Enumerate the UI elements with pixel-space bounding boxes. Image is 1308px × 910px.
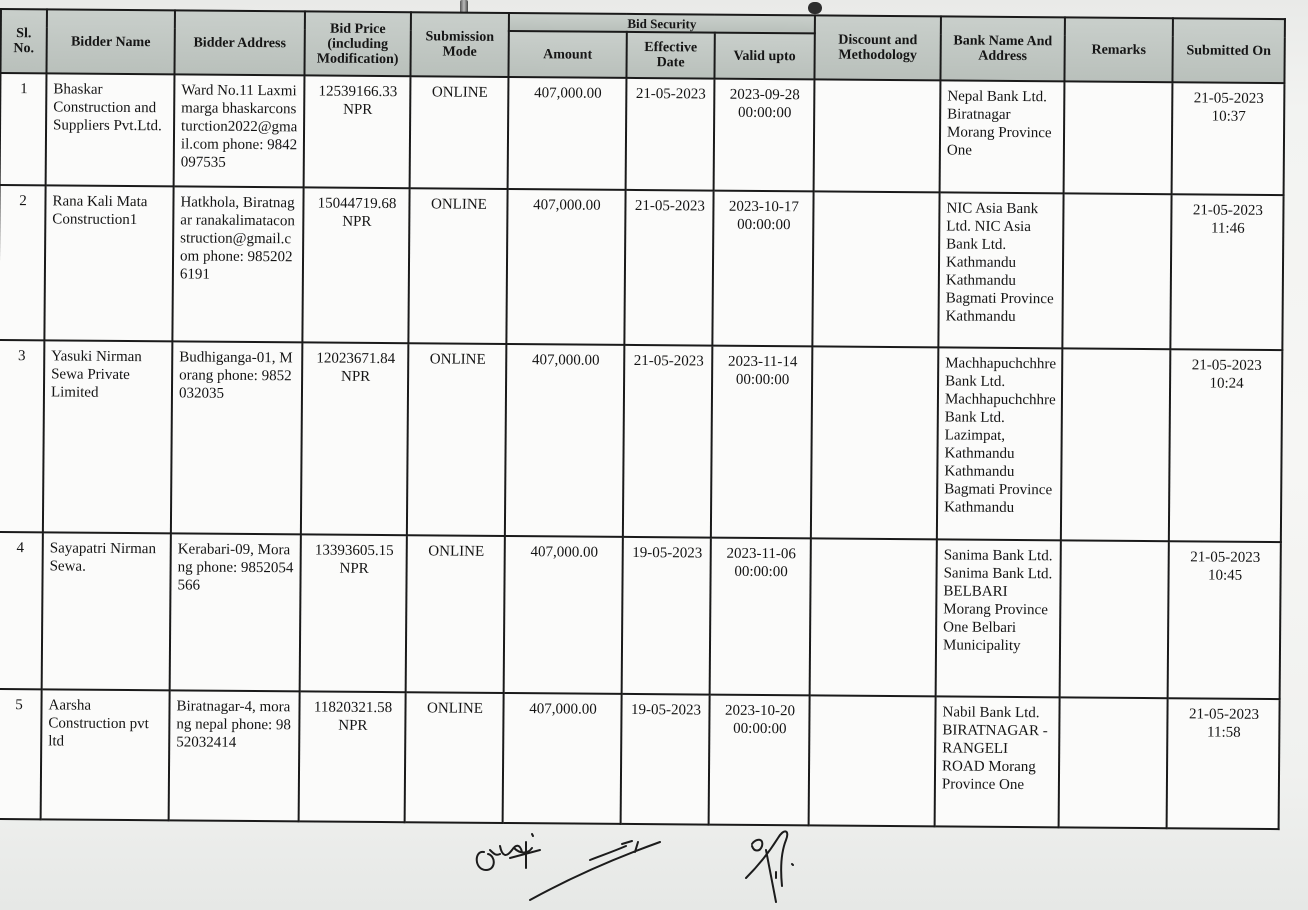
cell-submission-mode-text: ONLINE [416, 195, 501, 214]
cell-amount-text: 407,000.00 [512, 543, 617, 562]
cell-submitted-on: 21-05-202311:58 [1167, 698, 1280, 829]
cell-valid-upto-text: 2023-10-20 [716, 702, 803, 721]
cell-valid-upto-text: 00:00:00 [720, 216, 807, 235]
cell-effective-date-text: 19-05-2023 [628, 701, 703, 720]
table-body: 1Bhaskar Construction and Suppliers Pvt.… [0, 73, 1284, 829]
cell-bidder-address-text: Hatkhola, Biratnagar ranakalimataconstru… [180, 193, 298, 284]
cell-effective-date: 21-05-2023 [624, 190, 713, 346]
cell-bank: Machhapuchchhre Bank Ltd. Machhapuchchhr… [937, 347, 1063, 540]
cell-discount [812, 191, 939, 347]
header-valid-upto: Valid upto [714, 33, 814, 80]
cell-amount-text: 407,000.00 [515, 84, 620, 103]
cell-bidder-name-text: Rana Kali Mata Construction1 [52, 192, 167, 229]
cell-discount-text [819, 353, 932, 354]
cell-bidder-address: Hatkhola, Biratnagar ranakalimataconstru… [172, 186, 303, 342]
cell-discount [811, 346, 939, 539]
cell-bidder-address: Biratnagar-4, morang nepal phone: 985203… [169, 690, 300, 821]
cell-bidder-name-text: Sayapatri Nirman Sewa. [50, 539, 165, 576]
cell-discount-text [821, 86, 934, 87]
cell-valid-upto: 2023-10-2000:00:00 [709, 695, 810, 826]
cell-valid-upto-text: 2023-10-17 [720, 198, 807, 217]
cell-submitted-on-text: 21-05-2023 [1174, 705, 1273, 724]
header-amount: Amount [508, 31, 626, 78]
cell-bid-price-text: NPR [306, 716, 399, 735]
cell-submission-mode: ONLINE [405, 692, 504, 823]
header-remarks: Remarks [1064, 17, 1172, 82]
cell-bid-price-text: 11820321.58 [306, 698, 399, 717]
cell-remarks [1060, 540, 1169, 698]
cell-valid-upto-text: 00:00:00 [718, 563, 805, 582]
cell-sl-no: 2 [0, 185, 46, 340]
header-discount: Discount and Methodology [814, 15, 940, 80]
cell-bank-text: NIC Asia Bank Ltd. NIC Asia Bank Ltd. Ka… [946, 199, 1058, 326]
cell-valid-upto-text: 2023-11-14 [719, 353, 806, 372]
cell-discount [810, 538, 937, 696]
cell-submitted-on-text: 11:46 [1178, 219, 1277, 238]
cell-valid-upto-text: 00:00:00 [716, 720, 803, 739]
cell-remarks [1062, 193, 1171, 349]
cell-bid-price-text: NPR [310, 212, 403, 231]
cell-submission-mode: ONLINE [410, 76, 509, 189]
cell-bidder-name: Sayapatri Nirman Sewa. [42, 532, 171, 690]
cell-amount: 407,000.00 [508, 77, 627, 190]
table-header: Sl. No. Bidder Name Bidder Address Bid P… [0, 9, 1284, 83]
cell-sl-no: 1 [0, 73, 46, 185]
cell-submitted-on-text: 10:24 [1177, 374, 1276, 393]
cell-submission-mode: ONLINE [406, 535, 505, 693]
binder-clip-icon [808, 2, 822, 14]
cell-bidder-address-text: Biratnagar-4, morang nepal phone: 985203… [176, 697, 293, 752]
cell-bidder-name-text: Bhaskar Construction and Suppliers Pvt.L… [53, 80, 168, 135]
cell-remarks-text [1068, 547, 1163, 548]
cell-valid-upto: 2023-11-1400:00:00 [711, 346, 813, 539]
header-bank: Bank Name And Address [940, 16, 1064, 81]
cell-bid-price-text: NPR [309, 367, 402, 386]
cell-bid-price-text: 15044719.68 [310, 194, 403, 213]
table-row: 3Yasuki Nirman Sewa Private LimitedBudhi… [0, 340, 1282, 542]
cell-bid-price-text: 12539166.33 [311, 82, 404, 101]
cell-discount-text [821, 198, 934, 199]
cell-submission-mode-text: ONLINE [412, 699, 497, 718]
cell-bid-price: 11820321.58NPR [299, 691, 406, 822]
cell-submitted-on: 21-05-202310:24 [1169, 349, 1283, 542]
cell-bid-price: 12539166.33NPR [304, 75, 411, 188]
table-row: 4Sayapatri Nirman Sewa.Kerabari-09, Mora… [0, 532, 1281, 699]
cell-valid-upto-text: 2023-09-28 [721, 86, 808, 105]
cell-bidder-address-text: Ward No.11 Laxmimarga bhaskarconsturctio… [181, 81, 299, 172]
signature-3-icon [746, 831, 793, 902]
signature-strokes-icon [470, 820, 830, 906]
cell-amount: 407,000.00 [503, 693, 622, 824]
header-bidder-address: Bidder Address [174, 10, 304, 75]
cell-bidder-name: Yasuki Nirman Sewa Private Limited [43, 340, 173, 533]
header-effective-date: Effective Date [626, 32, 714, 79]
cell-remarks-text [1067, 704, 1162, 705]
cell-sl-no-text: 3 [5, 347, 38, 365]
cell-valid-upto-text: 2023-11-06 [718, 545, 805, 564]
cell-bank-text: Sanima Bank Ltd. Sanima Bank Ltd. BELBAR… [943, 546, 1055, 655]
cell-bidder-name-text: Yasuki Nirman Sewa Private Limited [51, 347, 166, 402]
cell-sl-no-text: 1 [7, 80, 40, 98]
table-row: 5Aarsha Construction pvt ltdBiratnagar-4… [0, 689, 1280, 829]
cell-amount: 407,000.00 [504, 536, 623, 694]
cell-bidder-address: Kerabari-09, Morang phone: 9852054566 [170, 533, 301, 691]
header-submission-mode: Submission Mode [410, 12, 508, 77]
cell-bid-price-text: NPR [308, 559, 401, 578]
cell-bidder-address: Budhiganga-01, Morang phone: 9852032035 [171, 341, 303, 534]
cell-submitted-on-text: 10:37 [1179, 107, 1278, 126]
cell-valid-upto-text: 00:00:00 [721, 104, 808, 123]
cell-submitted-on-text: 21-05-2023 [1176, 548, 1275, 567]
cell-effective-date: 19-05-2023 [621, 694, 710, 825]
header-bid-security: Bid Security [509, 13, 815, 33]
cell-valid-upto: 2023-09-2800:00:00 [714, 79, 815, 192]
cell-effective-date-text: 19-05-2023 [630, 544, 705, 563]
cell-bidder-name-text: Aarsha Construction pvt ltd [48, 696, 163, 751]
cell-effective-date: 21-05-2023 [623, 345, 713, 538]
cell-bidder-address-text: Budhiganga-01, Morang phone: 9852032035 [179, 348, 296, 403]
cell-amount-text: 407,000.00 [510, 700, 615, 719]
cell-effective-date-text: 21-05-2023 [632, 197, 707, 216]
cell-remarks [1064, 81, 1173, 194]
cell-valid-upto-text: 00:00:00 [719, 371, 806, 390]
cell-remarks-text [1069, 355, 1164, 356]
cell-bank: Sanima Bank Ltd. Sanima Bank Ltd. BELBAR… [936, 539, 1061, 697]
cell-remarks [1059, 697, 1168, 828]
cell-bank-text: Nepal Bank Ltd. Biratnagar Morang Provin… [947, 87, 1059, 160]
cell-submitted-on: 21-05-202310:45 [1168, 541, 1281, 699]
cell-discount [814, 79, 941, 192]
cell-bidder-name: Aarsha Construction pvt ltd [41, 689, 170, 820]
cell-bid-price: 12023671.84NPR [301, 342, 409, 535]
header-bidder-name: Bidder Name [46, 9, 174, 74]
cell-submission-mode-text: ONLINE [415, 350, 500, 369]
cell-effective-date-text: 21-05-2023 [631, 352, 706, 371]
cell-sl-no-text: 2 [6, 192, 39, 210]
cell-submission-mode: ONLINE [407, 343, 507, 536]
cell-sl-no-text: 5 [2, 696, 35, 714]
cell-submitted-on-text: 21-05-2023 [1177, 356, 1276, 375]
cell-submitted-on-text: 21-05-2023 [1179, 89, 1278, 108]
bid-table: Sl. No. Bidder Name Bidder Address Bid P… [0, 8, 1286, 830]
cell-submitted-on-text: 10:45 [1176, 566, 1275, 585]
cell-amount-text: 407,000.00 [513, 351, 618, 370]
cell-bidder-name: Bhaskar Construction and Suppliers Pvt.L… [46, 73, 175, 186]
cell-discount-text [817, 702, 930, 703]
cell-discount-text [818, 545, 931, 546]
cell-bidder-address: Ward No.11 Laxmimarga bhaskarconsturctio… [174, 74, 305, 187]
cell-submitted-on-text: 21-05-2023 [1178, 201, 1277, 220]
cell-submitted-on: 21-05-202310:37 [1172, 82, 1285, 195]
signatures [470, 820, 830, 906]
cell-submission-mode: ONLINE [408, 188, 507, 344]
table-row: 1Bhaskar Construction and Suppliers Pvt.… [0, 73, 1284, 195]
cell-remarks-text [1071, 88, 1166, 89]
cell-bidder-address-text: Kerabari-09, Morang phone: 9852054566 [177, 540, 294, 595]
cell-sl-no: 5 [0, 689, 42, 819]
signature-2-icon [530, 841, 660, 900]
cell-bid-price: 13393605.15NPR [300, 534, 407, 692]
cell-amount-text: 407,000.00 [514, 196, 619, 215]
header-submitted-on: Submitted On [1172, 18, 1284, 83]
cell-effective-date: 21-05-2023 [626, 78, 715, 191]
document-page: Sl. No. Bidder Name Bidder Address Bid P… [0, 0, 1308, 910]
cell-discount [809, 695, 936, 826]
cell-bid-price-text: NPR [311, 100, 404, 119]
table-row: 2Rana Kali Mata Construction1Hatkhola, B… [0, 185, 1284, 350]
cell-bidder-name: Rana Kali Mata Construction1 [44, 185, 173, 341]
cell-valid-upto: 2023-11-0600:00:00 [710, 538, 811, 696]
cell-submitted-on-text: 11:58 [1174, 723, 1273, 742]
cell-amount: 407,000.00 [505, 344, 625, 537]
cell-bank-text: Machhapuchchhre Bank Ltd. Machhapuchchhr… [944, 354, 1056, 517]
signature-1-icon [477, 834, 540, 870]
cell-submission-mode-text: ONLINE [414, 542, 499, 561]
cell-sl-no-text: 4 [4, 539, 37, 557]
cell-remarks-text [1071, 200, 1166, 201]
cell-amount: 407,000.00 [506, 189, 625, 345]
cell-effective-date: 19-05-2023 [622, 537, 711, 695]
cell-bid-price-text: 12023671.84 [309, 349, 402, 368]
cell-bank: Nabil Bank Ltd. BIRATNAGAR - RANGELI ROA… [935, 696, 1060, 827]
cell-sl-no: 4 [0, 532, 43, 689]
header-sl-no: Sl. No. [0, 9, 47, 73]
cell-bank-text: Nabil Bank Ltd. BIRATNAGAR - RANGELI ROA… [942, 703, 1054, 794]
header-bid-price: Bid Price (including Modification) [304, 11, 410, 76]
cell-bank: Nepal Bank Ltd. Biratnagar Morang Provin… [940, 80, 1065, 193]
cell-valid-upto: 2023-10-1700:00:00 [712, 191, 813, 347]
cell-bid-price: 15044719.68NPR [302, 187, 409, 343]
cell-submitted-on: 21-05-202311:46 [1170, 194, 1283, 350]
cell-bank: NIC Asia Bank Ltd. NIC Asia Bank Ltd. Ka… [938, 192, 1063, 348]
cell-remarks [1061, 348, 1171, 541]
cell-sl-no: 3 [0, 340, 44, 532]
cell-bid-price-text: 13393605.15 [308, 541, 401, 560]
cell-submission-mode-text: ONLINE [417, 83, 502, 102]
cell-effective-date-text: 21-05-2023 [633, 85, 708, 104]
